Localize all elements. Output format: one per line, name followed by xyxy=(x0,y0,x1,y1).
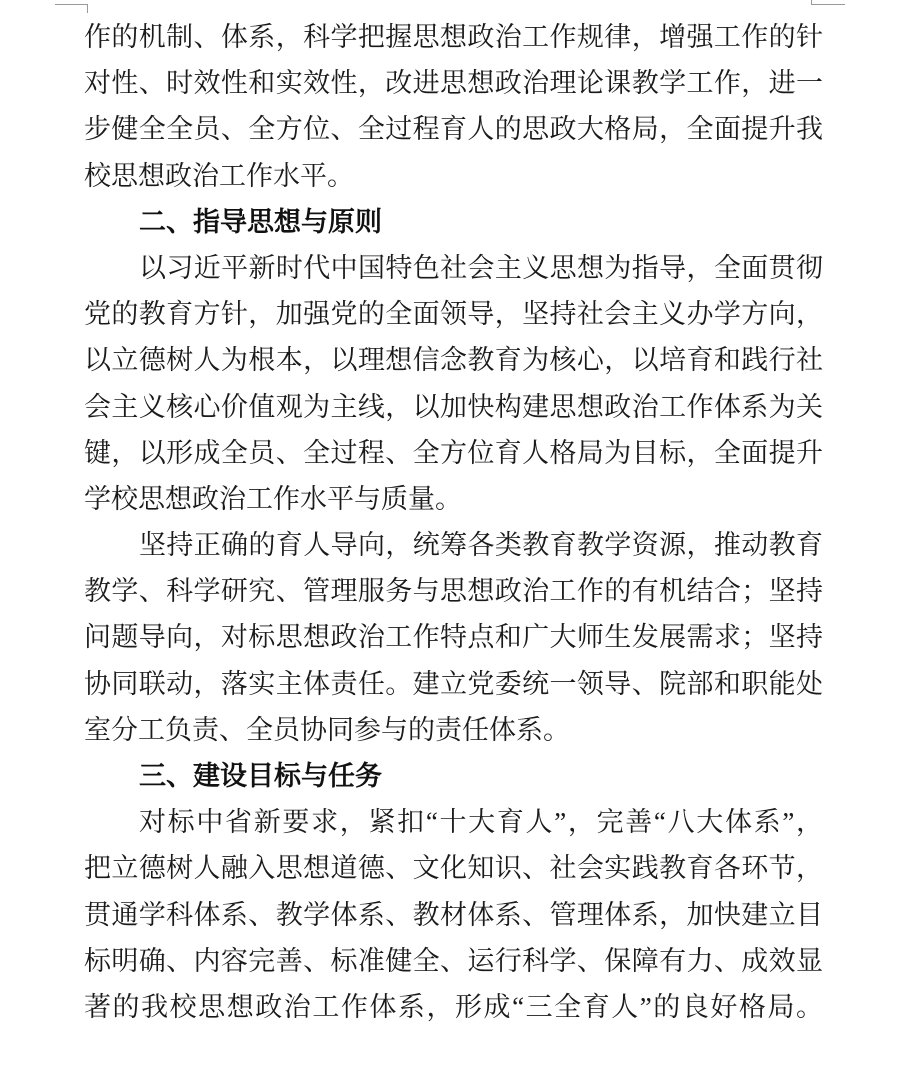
text-line: 协同联动，落实主体责任。建立党委统一领导、院部和职能处 xyxy=(84,661,823,707)
text-boundary-mark-right-horizontal xyxy=(811,4,845,5)
text-line: 会主义核心价值观为主线，以加快构建思想政治工作体系为关 xyxy=(84,384,823,430)
text-line: 以习近平新时代中国特色社会主义思想为指导，全面贯彻 xyxy=(84,245,823,291)
document-content: 作的机制、体系，科学把握思想政治工作规律，增强工作的针对性、时效性和实效性，改进… xyxy=(84,14,823,1030)
text-line: 键，以形成全员、全过程、全方位育人格局为目标，全面提升 xyxy=(84,430,823,476)
text-line: 贯通学科体系、教学体系、教材体系、管理体系，加快建立目 xyxy=(84,892,823,938)
text-boundary-mark-left-vertical xyxy=(87,4,88,13)
text-line: 党的教育方针，加强党的全面领导，坚持社会主义办学方向， xyxy=(84,291,823,337)
text-line: 以立德树人为根本，以理想信念教育为核心，以培育和践行社 xyxy=(84,337,823,383)
text-boundary-mark-right-vertical xyxy=(811,0,812,5)
text-line: 校思想政治工作水平。 xyxy=(84,153,823,199)
section-heading: 二、指导思想与原则 xyxy=(84,199,823,245)
section-heading: 三、建设目标与任务 xyxy=(84,753,823,799)
text-line: 室分工负责、全员协同参与的责任体系。 xyxy=(84,707,823,753)
text-line: 教学、科学研究、管理服务与思想政治工作的有机结合；坚持 xyxy=(84,568,823,614)
text-line: 学校思想政治工作水平与质量。 xyxy=(84,476,823,522)
text-line: 把立德树人融入思想道德、文化知识、社会实践教育各环节， xyxy=(84,845,823,891)
text-line: 步健全全员、全方位、全过程育人的思政大格局，全面提升我 xyxy=(84,106,823,152)
text-line: 坚持正确的育人导向，统筹各类教育教学资源，推动教育 xyxy=(84,522,823,568)
text-line: 标明确、内容完善、标准健全、运行科学、保障有力、成效显 xyxy=(84,938,823,984)
document-page: 作的机制、体系，科学把握思想政治工作规律，增强工作的针对性、时效性和实效性，改进… xyxy=(0,0,900,1066)
text-line: 对性、时效性和实效性，改进思想政治理论课教学工作，进一 xyxy=(84,60,823,106)
text-line: 对标中省新要求，紧扣“十大育人”，完善“八大体系”， xyxy=(84,799,823,845)
text-line: 问题导向，对标思想政治工作特点和广大师生发展需求；坚持 xyxy=(84,614,823,660)
text-boundary-mark-left-horizontal xyxy=(55,4,88,5)
text-line: 作的机制、体系，科学把握思想政治工作规律，增强工作的针 xyxy=(84,14,823,60)
text-line: 著的我校思想政治工作体系，形成“三全育人”的良好格局。 xyxy=(84,984,823,1030)
